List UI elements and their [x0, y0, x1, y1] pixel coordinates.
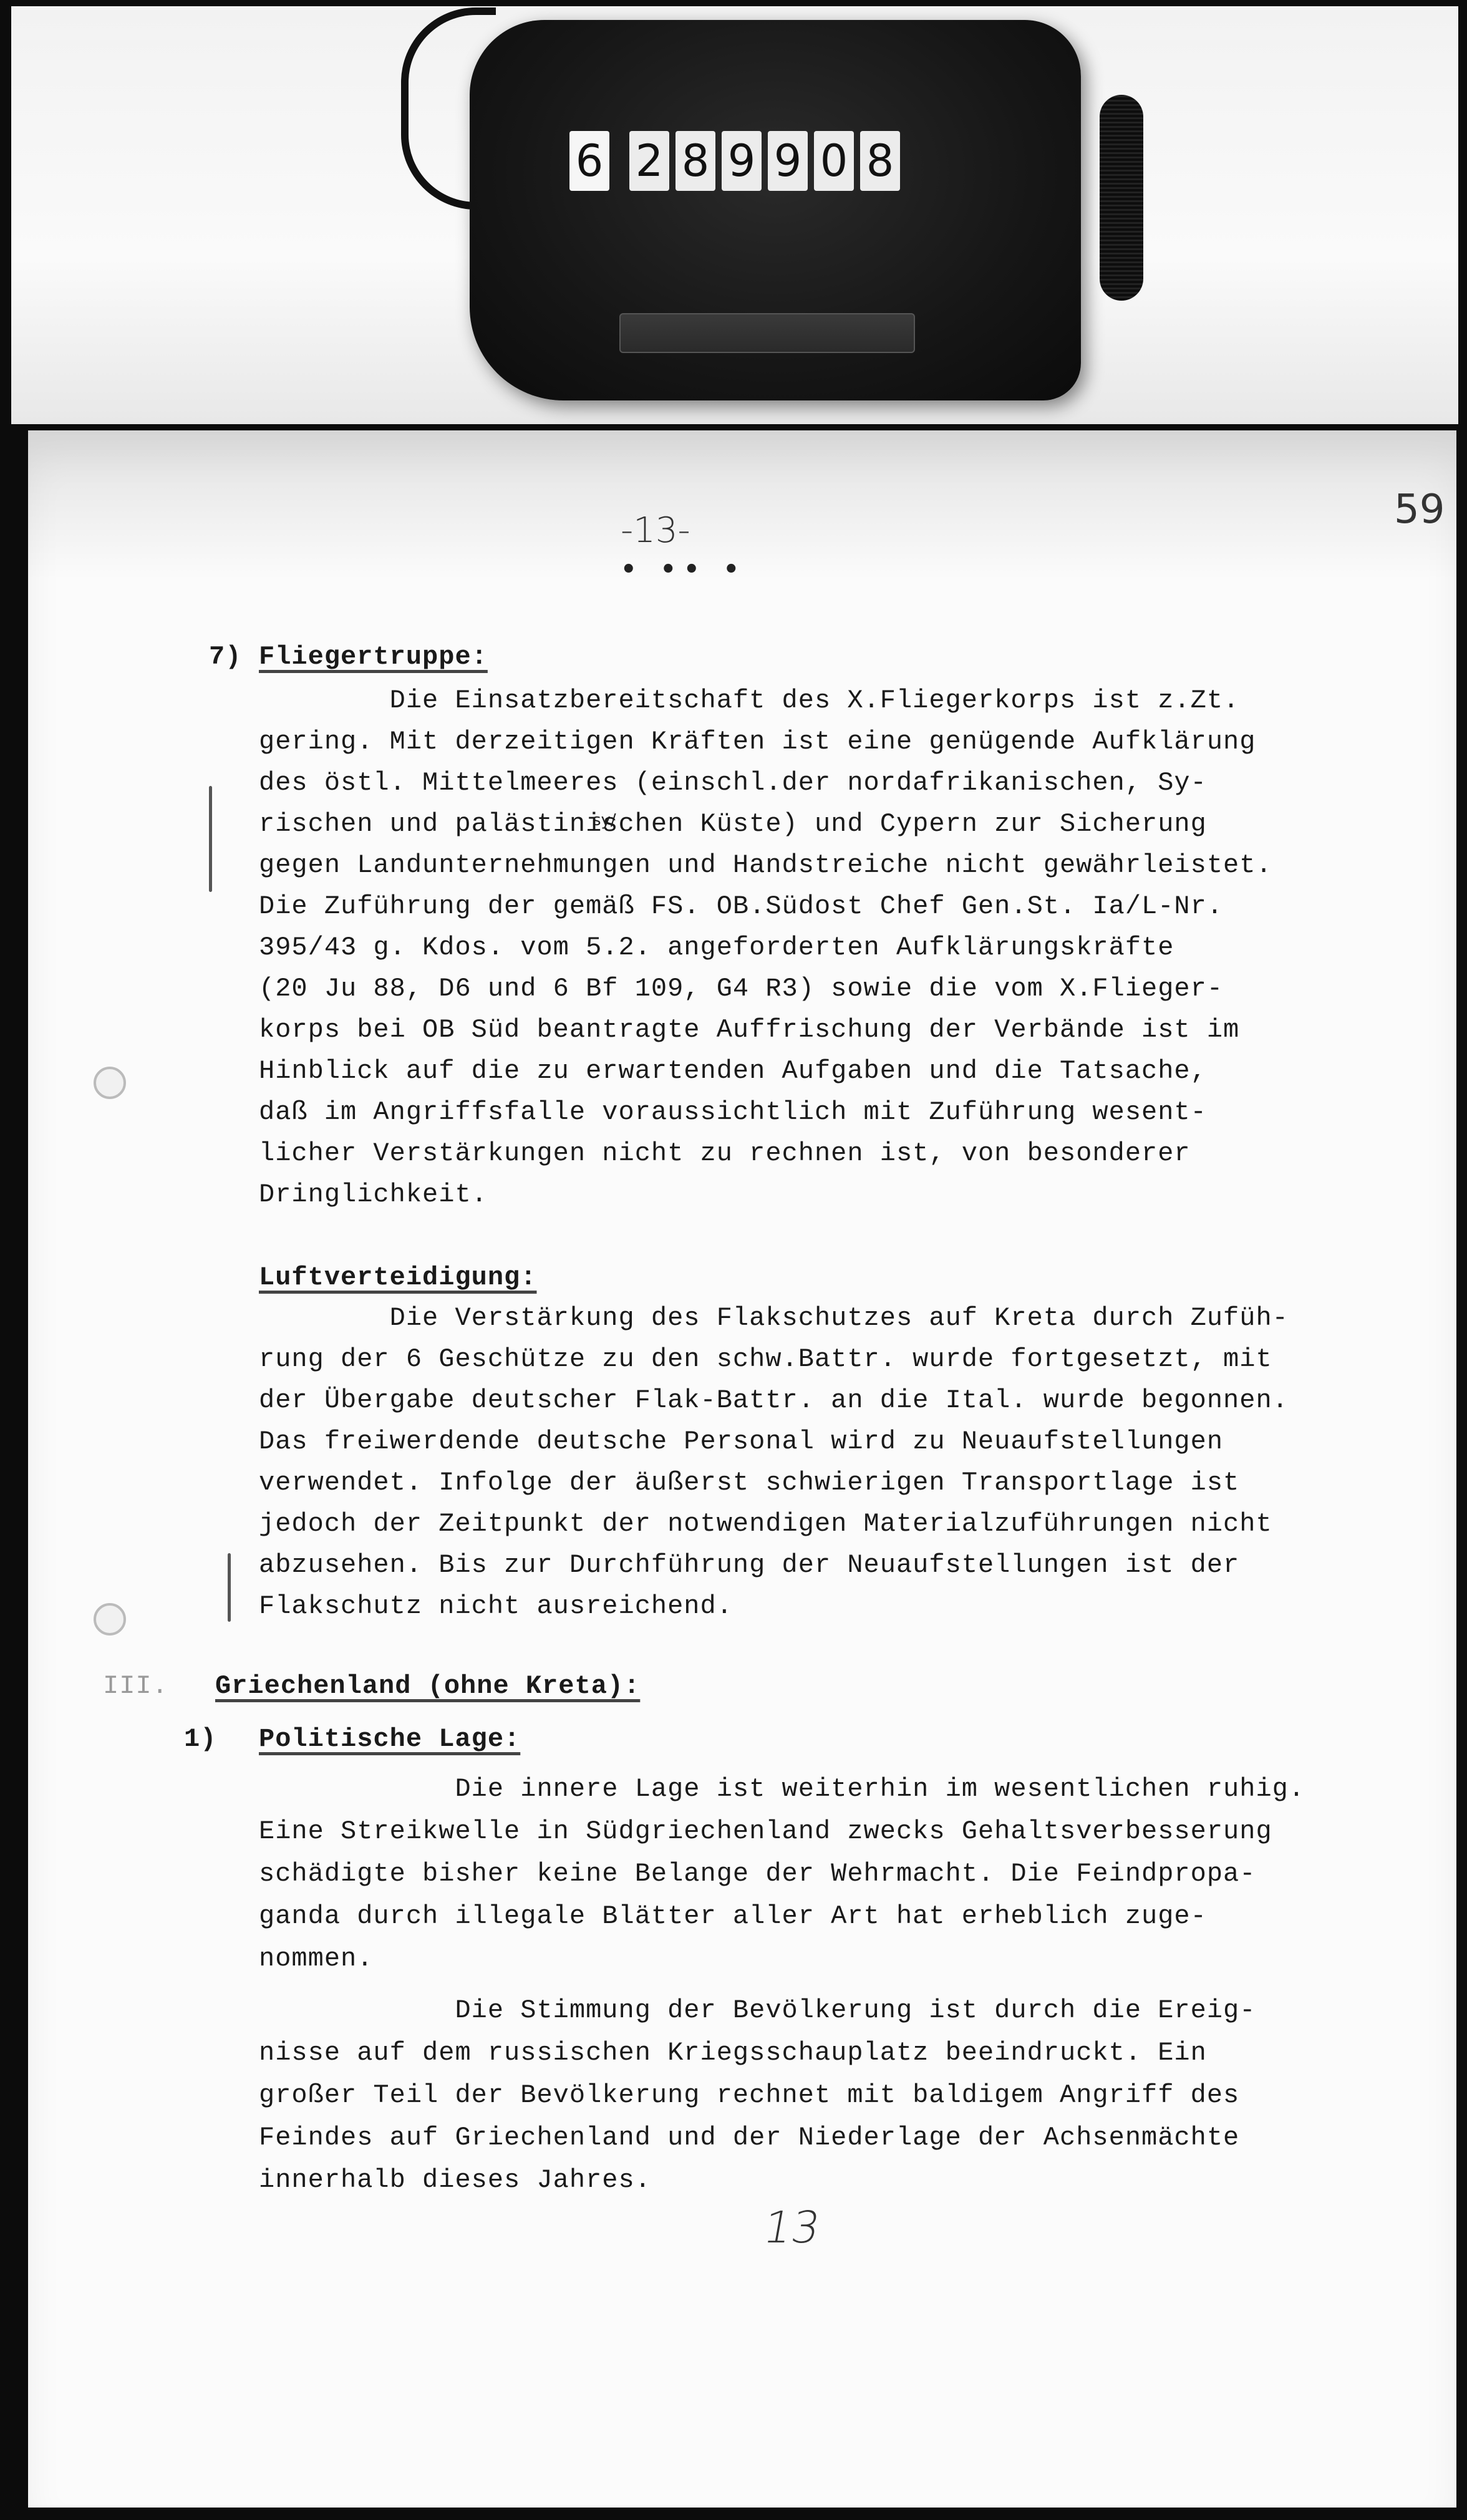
- text-line: Flakschutz nicht ausreichend.: [259, 1589, 733, 1624]
- counter-digit: 0: [814, 131, 854, 191]
- text-line: schädigte bisher keine Belange der Wehrm…: [259, 1856, 1256, 1891]
- counter-digit: 9: [722, 131, 762, 191]
- counter-digit: 2: [629, 131, 669, 191]
- text-line: Hinblick auf die zu erwartenden Aufgaben…: [259, 1054, 1207, 1088]
- mechanical-counter-device: 6 2 8 9 9 0 8: [470, 20, 1093, 407]
- text-line: rischen und palästinischen Küste) und Cy…: [259, 807, 1207, 841]
- text-line: Die innere Lage ist weiterhin im wesentl…: [259, 1771, 1305, 1806]
- text-line: rung der 6 Geschütze zu den schw.Battr. …: [259, 1342, 1272, 1377]
- margin-mark-line: [228, 1553, 231, 1622]
- document-page: -13- • •• • 59 sy/ 7) Fliegertruppe: Die…: [28, 430, 1456, 2508]
- text-line: nommen.: [259, 1941, 373, 1976]
- section-title-luftverteidigung: Luftverteidigung:: [259, 1260, 536, 1295]
- page-number-top: -13-: [621, 510, 690, 551]
- text-line: Die Zuführung der gemäß FS. OB.Südost Ch…: [259, 889, 1223, 924]
- text-line: 395/43 g. Kdos. vom 5.2. angeforderten A…: [259, 930, 1174, 965]
- chapter-number: III.: [103, 1669, 168, 1703]
- text-line: nisse auf dem russischen Kriegsschauplat…: [259, 2035, 1207, 2070]
- text-line: großer Teil der Bevölkerung rechnet mit …: [259, 2078, 1239, 2113]
- text-line: verwendet. Infolge der äußerst schwierig…: [259, 1465, 1239, 1500]
- counter-digit: 6: [569, 131, 609, 191]
- text-line: (20 Ju 88, D6 und 6 Bf 109, G4 R3) sowie…: [259, 971, 1223, 1006]
- section-title-fliegertruppe: Fliegertruppe:: [259, 639, 488, 674]
- text-line: Die Verstärkung des Flakschutzes auf Kre…: [259, 1301, 1289, 1335]
- subsection-title-politische-lage: Politische Lage:: [259, 1722, 520, 1757]
- text-line: innerhalb dieses Jahres.: [259, 2163, 651, 2198]
- counter-reset-knob-icon: [1100, 95, 1143, 301]
- counter-digit: 8: [675, 131, 715, 191]
- text-line: der Übergabe deutscher Flak-Battr. an di…: [259, 1383, 1289, 1418]
- text-line: ganda durch illegale Blätter aller Art h…: [259, 1899, 1207, 1934]
- text-line: des östl. Mittelmeeres (einschl.der nord…: [259, 765, 1207, 800]
- margin-mark-line: [209, 786, 212, 892]
- text-line: Feindes auf Griechenland und der Niederl…: [259, 2120, 1239, 2155]
- text-line: Die Einsatzbereitschaft des X.Fliegerkor…: [259, 683, 1239, 718]
- chapter-title-griechenland: Griechenland (ohne Kreta):: [215, 1669, 640, 1703]
- handwritten-folio-number: 59: [1394, 487, 1445, 533]
- section-number: 7): [209, 639, 241, 674]
- subsection-number: 1): [184, 1722, 216, 1757]
- handwritten-page-number-bottom: 13: [760, 2202, 825, 2253]
- counter-digit: 8: [860, 131, 900, 191]
- photo-film-strip: 6 2 8 9 9 0 8: [11, 6, 1458, 424]
- text-line: gering. Mit derzeitigen Kräften ist eine…: [259, 724, 1256, 759]
- text-line: Die Stimmung der Bevölkerung ist durch d…: [259, 1993, 1256, 2028]
- text-line: korps bei OB Süd beantragte Auffrischung…: [259, 1012, 1239, 1047]
- text-line: jedoch der Zeitpunkt der notwendigen Mat…: [259, 1506, 1272, 1541]
- counter-digits: 6 2 8 9 9 0 8: [569, 131, 900, 191]
- text-line: Eine Streikwelle in Südgriechenland zwec…: [259, 1814, 1272, 1849]
- text-line: Dringlichkeit.: [259, 1177, 488, 1212]
- text-line: gegen Landunternehmungen und Handstreich…: [259, 848, 1272, 883]
- text-line: daß im Angriffsfalle voraussichtlich mit…: [259, 1095, 1207, 1130]
- punch-hole-icon: [94, 1067, 126, 1099]
- counter-nameplate: [619, 313, 915, 353]
- text-line: Das freiwerdende deutsche Personal wird …: [259, 1424, 1223, 1459]
- punch-hole-icon: [94, 1603, 126, 1636]
- counter-digit: 9: [768, 131, 808, 191]
- text-line: licher Verstärkungen nicht zu rechnen is…: [259, 1136, 1191, 1171]
- text-line: abzusehen. Bis zur Durchführung der Neua…: [259, 1548, 1239, 1582]
- stamp-marks: • •• •: [621, 555, 747, 584]
